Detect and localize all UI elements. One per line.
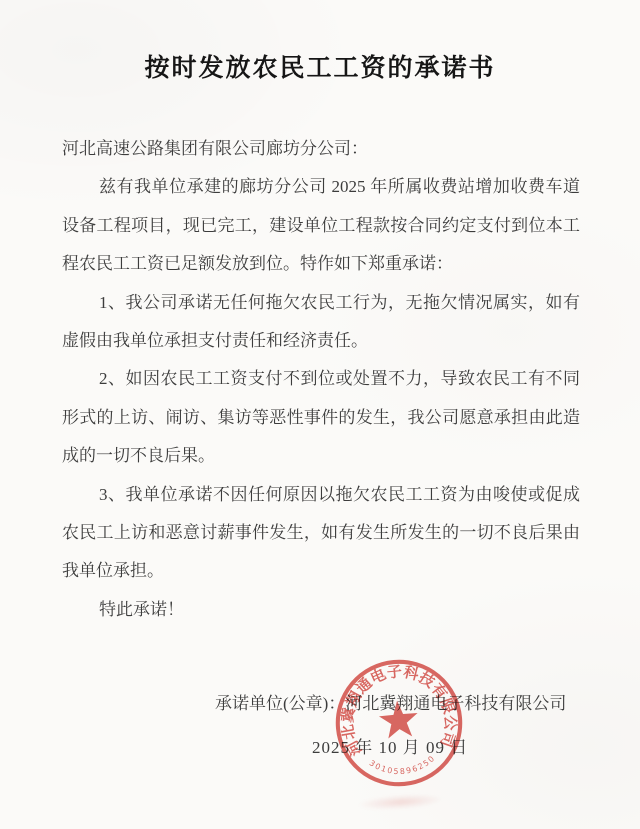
body-line: 2、如因农民工工资支付不到位或处置不力，导致农民工有不同 xyxy=(62,360,580,398)
salutation-line: 河北高速公路集团有限公司廊坊分公司： xyxy=(62,130,580,168)
seal-star-icon xyxy=(378,699,420,739)
body-line: 程农民工工资已足额发放到位。特作如下郑重承诺： xyxy=(62,245,580,283)
body-line: 我单位承担。 xyxy=(62,552,580,590)
seal-ink-smudge xyxy=(358,792,445,812)
seal-graphic: 河北冀翔通电子科技有限公司 1301058962507 xyxy=(325,649,472,796)
closing-line: 特此承诺！ xyxy=(62,591,580,629)
body-line: 农民工上访和恶意讨薪事件发生，如有发生所发生的一切不良后果由 xyxy=(62,514,580,552)
body-line: 兹有我单位承建的廊坊分公司 2025 年所属收费站增加收费车道 xyxy=(62,168,580,206)
body-line: 1、我公司承诺无任何拖欠农民工行为，无拖欠情况属实，如有 xyxy=(62,284,580,322)
document-title: 按时发放农民工工资的承诺书 xyxy=(0,48,640,84)
body-line: 设备工程项目，现已完工，建设单位工程款按合同约定支付到位本工 xyxy=(62,207,580,245)
body-line: 3、我单位承诺不因任何原因以拖欠农民工工资为由唆使或促成 xyxy=(62,476,580,514)
company-seal-stamp: 河北冀翔通电子科技有限公司 1301058962507 xyxy=(325,649,472,796)
document-body: 河北高速公路集团有限公司廊坊分公司： 兹有我单位承建的廊坊分公司 2025 年所… xyxy=(62,130,580,629)
body-line: 虚假由我单位承担支付责任和经济责任。 xyxy=(62,322,580,360)
body-line: 成的一切不良后果。 xyxy=(62,437,580,475)
scanned-document-page: 按时发放农民工工资的承诺书 河北高速公路集团有限公司廊坊分公司： 兹有我单位承建… xyxy=(0,0,640,829)
body-line: 形式的上访、闹访、集访等恶性事件的发生，我公司愿意承担由此造 xyxy=(62,399,580,437)
